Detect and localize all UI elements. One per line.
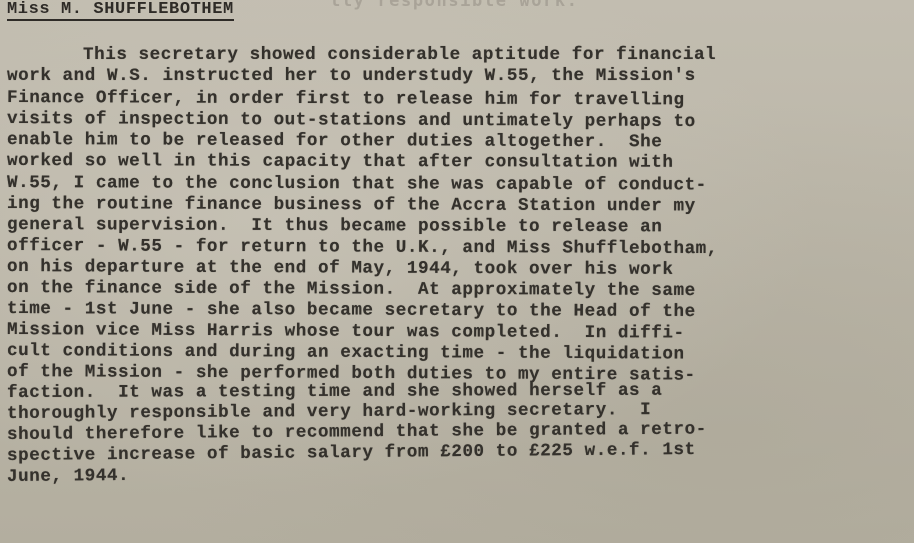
page-heading: Miss M. SHUFFLEBOTHEM — [7, 0, 234, 21]
bleed-through-text: lly responsible work. — [330, 0, 579, 11]
paragraph-line: This secretary showed considerable aptit… — [7, 45, 907, 66]
paragraph-line: work and W.S. instructed her to understu… — [7, 66, 907, 87]
paragraph-line: W.55, I came to the conclusion that she … — [7, 173, 907, 197]
typewritten-page: lly responsible work. Miss M. SHUFFLEBOT… — [0, 0, 914, 543]
paragraph-line: worked so well in this capacity that aft… — [7, 151, 907, 174]
recommendation-paragraph: This secretary showed considerable aptit… — [7, 45, 907, 488]
paragraph-line: general supervision. It thus became poss… — [7, 215, 907, 239]
paragraph-line: ing the routine finance business of the … — [7, 194, 907, 218]
